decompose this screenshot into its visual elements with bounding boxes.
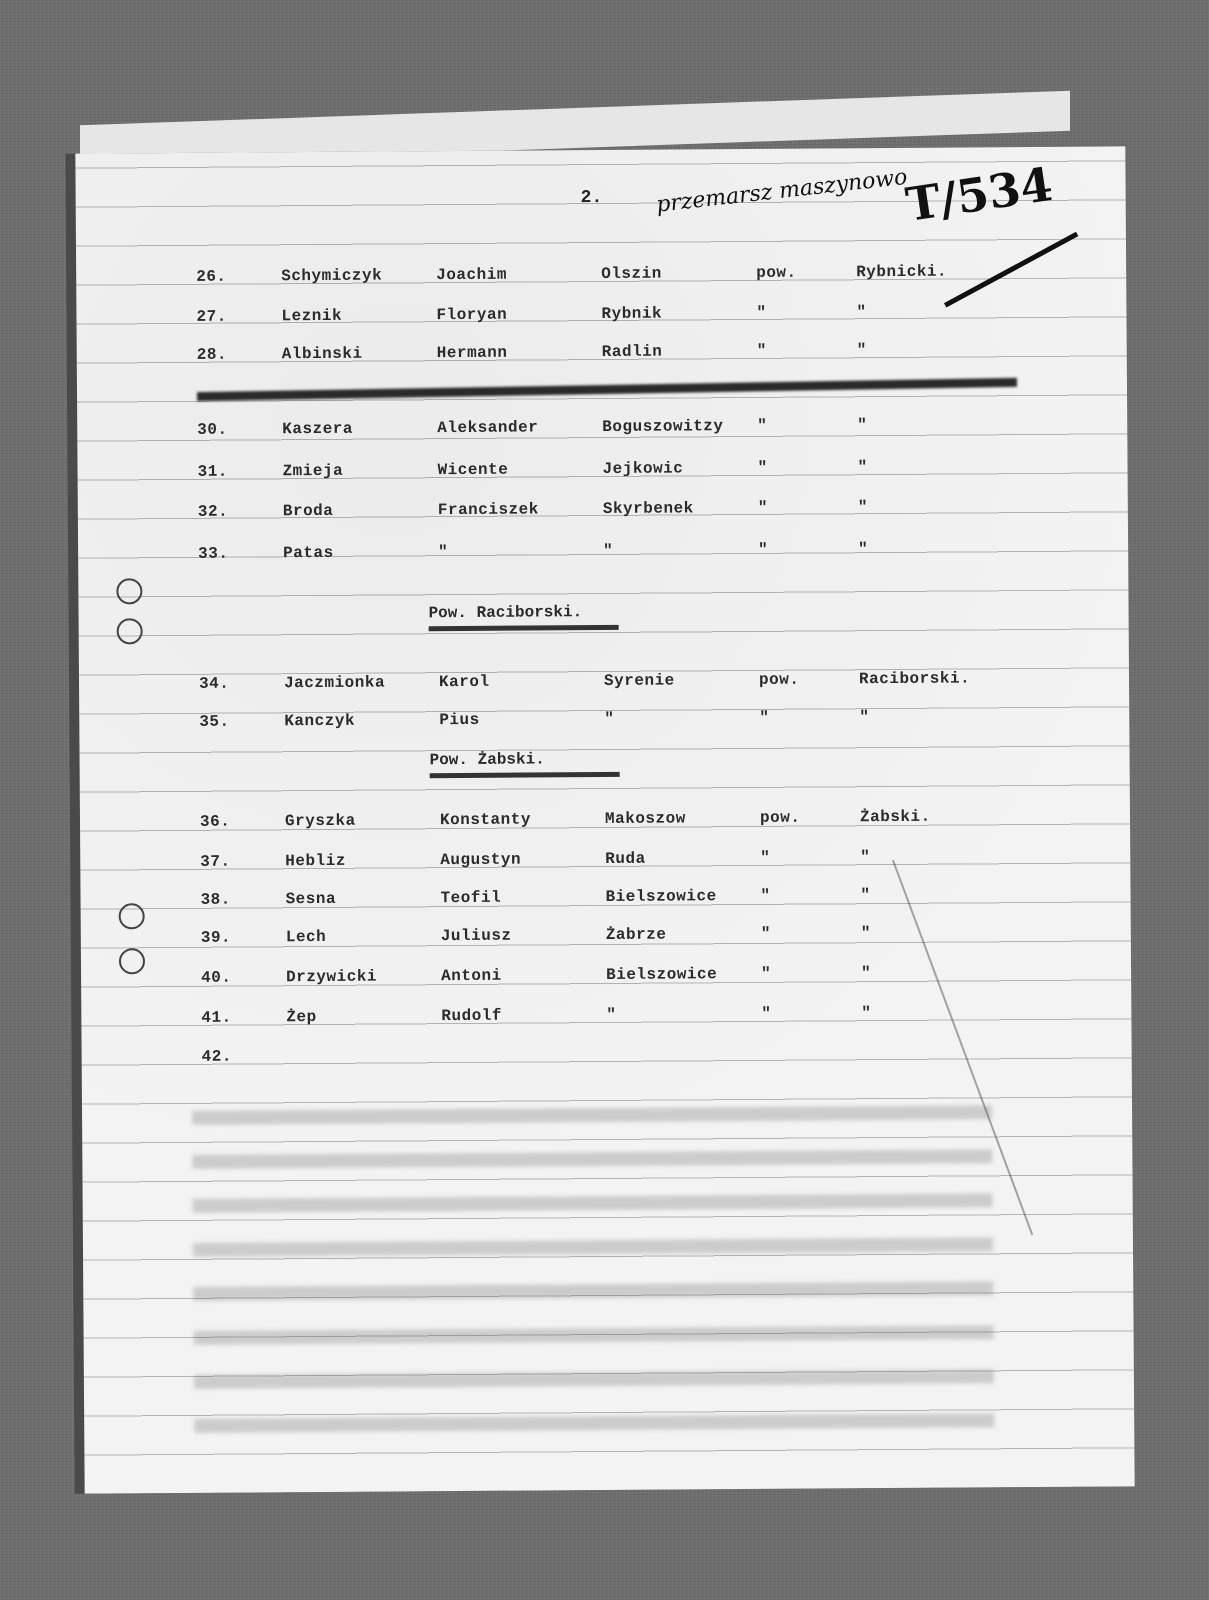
entry-number: 40. — [201, 969, 231, 987]
section-title: Pow. Raciborski. — [428, 603, 582, 622]
pow-label: " — [760, 849, 770, 867]
entry-number: 41. — [201, 1009, 231, 1027]
place: Bielszowice — [605, 887, 716, 906]
table-row: 42. — [82, 1041, 1132, 1072]
entry-number: 38. — [200, 891, 230, 909]
surname: Sesna — [285, 890, 336, 908]
pow-label: " — [757, 342, 767, 360]
surname: Kanczyk — [284, 712, 355, 730]
surname: Broda — [283, 502, 334, 520]
table-row: 37.HeblizAugustynRuda"" — [80, 846, 1130, 877]
punch-hole-icon — [117, 618, 143, 644]
surname: Leznik — [281, 307, 342, 325]
first-name: Hermann — [437, 344, 508, 362]
pow-label: " — [757, 417, 767, 435]
table-row: 38.SesnaTeofilBielszowice"" — [80, 884, 1130, 915]
page-number: 2. — [581, 188, 603, 208]
entry-number: 27. — [196, 308, 226, 326]
section-underline — [430, 772, 620, 778]
surname: Jaczmionka — [284, 674, 385, 693]
entry-number: 42. — [202, 1048, 232, 1066]
table-row: 28.AlbinskiHermannRadlin"" — [77, 339, 1127, 370]
place: Olszin — [601, 265, 662, 283]
district: " — [861, 964, 871, 982]
first-name: Joachim — [436, 266, 507, 284]
place: Radlin — [602, 343, 663, 361]
pow-label: " — [761, 965, 771, 983]
place: " — [606, 1006, 616, 1024]
section-underline — [429, 625, 619, 631]
entry-number: 39. — [201, 929, 231, 947]
document-page: 2. przemarsz maszynowo T/534 26.Schymicz… — [75, 146, 1134, 1493]
entry-number: 31. — [197, 463, 227, 481]
pow-label: " — [761, 925, 771, 943]
table-row: 40.DrzywickiAntoniBielszowice"" — [81, 962, 1131, 993]
surname: Żep — [286, 1008, 316, 1026]
place: Makoszow — [605, 809, 686, 828]
place: Ruda — [605, 850, 646, 868]
place: Żabrze — [606, 926, 667, 944]
surname: Drzywicki — [286, 968, 377, 987]
pow-label: " — [758, 541, 768, 559]
entry-number: 37. — [200, 853, 230, 871]
pow-label: " — [761, 1005, 771, 1023]
first-name: Konstanty — [440, 811, 531, 830]
first-name: Rudolf — [441, 1007, 502, 1025]
district: " — [858, 540, 868, 558]
district: Żabski. — [860, 808, 931, 826]
entry-number: 34. — [199, 675, 229, 693]
pow-label: " — [759, 709, 769, 727]
table-row: 33.Patas"""" — [78, 538, 1128, 569]
pow-label: " — [757, 459, 767, 477]
table-row: 39.LechJuliuszŻabrze"" — [81, 922, 1131, 953]
first-name: Franciszek — [438, 500, 539, 519]
punch-hole-icon — [116, 578, 142, 604]
pow-label: pow. — [760, 809, 801, 827]
entry-number: 26. — [196, 268, 226, 286]
district: " — [860, 886, 870, 904]
table-row: 31.ZmiejaWicenteJejkowic"" — [77, 456, 1127, 487]
surname: Patas — [283, 544, 334, 562]
first-name: Karol — [439, 673, 490, 691]
place: Rybnik — [601, 305, 662, 323]
table-row: 41.ŻepRudolf""" — [81, 1002, 1131, 1033]
district: " — [857, 416, 867, 434]
entry-number: 36. — [200, 813, 230, 831]
first-name: Aleksander — [437, 418, 538, 437]
surname: Zmieja — [282, 462, 343, 480]
district: " — [856, 303, 866, 321]
district: " — [861, 924, 871, 942]
section-title: Pow. Żabski. — [430, 750, 545, 769]
pow-label: pow. — [759, 671, 800, 689]
district: Raciborski. — [859, 669, 970, 688]
district: " — [860, 848, 870, 866]
table-row: 32.BrodaFranciszekSkyrbenek"" — [78, 496, 1128, 527]
section-heading: Pow. Raciborski. — [428, 603, 618, 631]
entry-number: 33. — [198, 545, 228, 563]
first-name: Teofil — [440, 889, 501, 907]
first-name: Wicente — [437, 461, 508, 479]
archive-mark: T/534 — [902, 157, 1055, 232]
place: " — [603, 542, 613, 560]
surname: Kaszera — [282, 420, 353, 438]
handwritten-note: przemarsz maszynowo — [655, 165, 909, 218]
surname: Hebliz — [285, 852, 346, 870]
district: " — [861, 1004, 871, 1022]
surname: Lech — [286, 928, 327, 946]
first-name: Antoni — [441, 967, 502, 985]
surname: Gryszka — [285, 812, 356, 830]
place: Skyrbenek — [603, 499, 694, 518]
surname: Albinski — [282, 345, 363, 364]
pow-label: " — [756, 304, 766, 322]
first-name: Floryan — [436, 306, 507, 324]
place: " — [604, 710, 614, 728]
table-row: 27.LeznikFloryanRybnik"" — [76, 301, 1126, 332]
place: Boguszowitzy — [602, 417, 723, 436]
table-row: 36.GryszkaKonstantyMakoszowpow.Żabski. — [80, 806, 1130, 837]
first-name: Augustyn — [440, 851, 521, 870]
place: Jejkowic — [602, 459, 683, 478]
entry-number: 28. — [197, 346, 227, 364]
table-row: 26.SchymiczykJoachimOlszinpow.Rybnicki. — [76, 261, 1126, 292]
section-heading: Pow. Żabski. — [430, 750, 620, 778]
table-row: 35.KanczykPius""" — [79, 706, 1129, 737]
district: " — [859, 708, 869, 726]
strikethrough-rule — [197, 378, 1017, 401]
place: Syrenie — [604, 672, 675, 690]
faded-text-area — [192, 1077, 995, 1463]
district: Rybnicki. — [856, 263, 947, 282]
place: Bielszowice — [606, 965, 717, 984]
first-name: Juliusz — [441, 927, 512, 945]
first-name: Pius — [439, 711, 480, 729]
entry-number: 35. — [199, 713, 229, 731]
table-row: 34.JaczmionkaKarolSyreniepow.Raciborski. — [79, 668, 1129, 699]
pow-label: " — [760, 887, 770, 905]
table-row: 30.KaszeraAleksanderBoguszowitzy"" — [77, 414, 1127, 445]
pow-label: pow. — [756, 264, 797, 282]
district: " — [857, 341, 867, 359]
entry-number: 30. — [197, 421, 227, 439]
district: " — [857, 458, 867, 476]
first-name: " — [438, 543, 448, 561]
entry-number: 32. — [198, 503, 228, 521]
district: " — [858, 498, 868, 516]
pow-label: " — [758, 499, 768, 517]
surname: Schymiczyk — [281, 267, 382, 286]
